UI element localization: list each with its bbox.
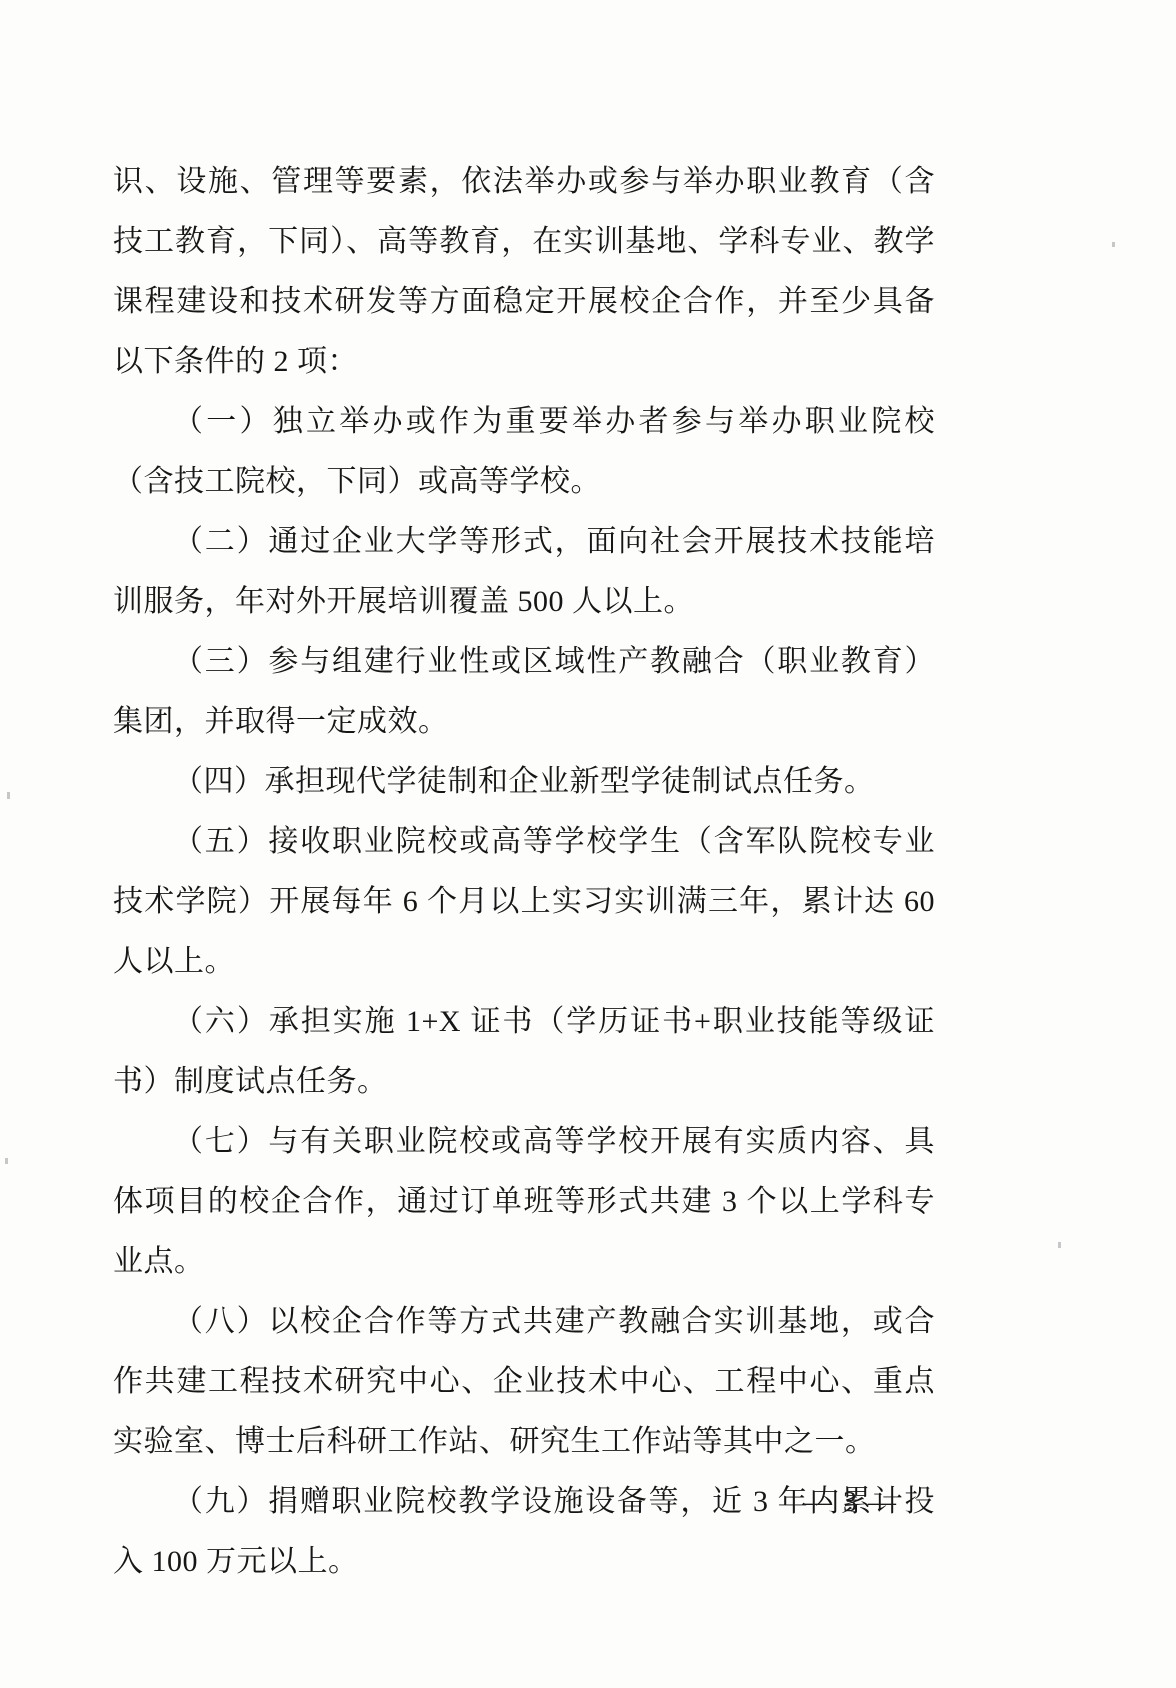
document-body: 识、设施、管理等要素，依法举办或参与举办职业教育（含技工教育，下同）、高等教育，… — [113, 152, 935, 1592]
paragraph: （五）接收职业院校或高等学校学生（含军队院校专业技术学院）开展每年 6 个月以上… — [113, 812, 935, 992]
scan-artifact — [7, 792, 10, 799]
paragraph: （二）通过企业大学等形式，面向社会开展技术技能培训服务，年对外开展培训覆盖 50… — [113, 512, 935, 632]
document-page: 识、设施、管理等要素，依法举办或参与举办职业教育（含技工教育，下同）、高等教育，… — [0, 0, 1176, 1688]
scan-artifact — [1058, 1242, 1061, 1248]
paragraph: （四）承担现代学徒制和企业新型学徒制试点任务。 — [113, 752, 935, 812]
paragraph: （一）独立举办或作为重要举办者参与举办职业院校（含技工院校，下同）或高等学校。 — [113, 392, 935, 512]
scan-artifact — [1112, 242, 1115, 247]
paragraph: （八）以校企合作等方式共建产教融合实训基地，或合作共建工程技术研究中心、企业技术… — [113, 1292, 935, 1472]
paragraph: 识、设施、管理等要素，依法举办或参与举办职业教育（含技工教育，下同）、高等教育，… — [113, 152, 935, 392]
scan-artifact — [5, 1158, 8, 1164]
paragraph: （六）承担实施 1+X 证书（学历证书+职业技能等级证书）制度试点任务。 — [113, 992, 935, 1112]
paragraph: （三）参与组建行业性或区域性产教融合（职业教育）集团，并取得一定成效。 — [113, 632, 935, 752]
page-number: — 3 — — [804, 1487, 898, 1519]
paragraph: （七）与有关职业院校或高等学校开展有实质内容、具体项目的校企合作，通过订单班等形… — [113, 1112, 935, 1292]
